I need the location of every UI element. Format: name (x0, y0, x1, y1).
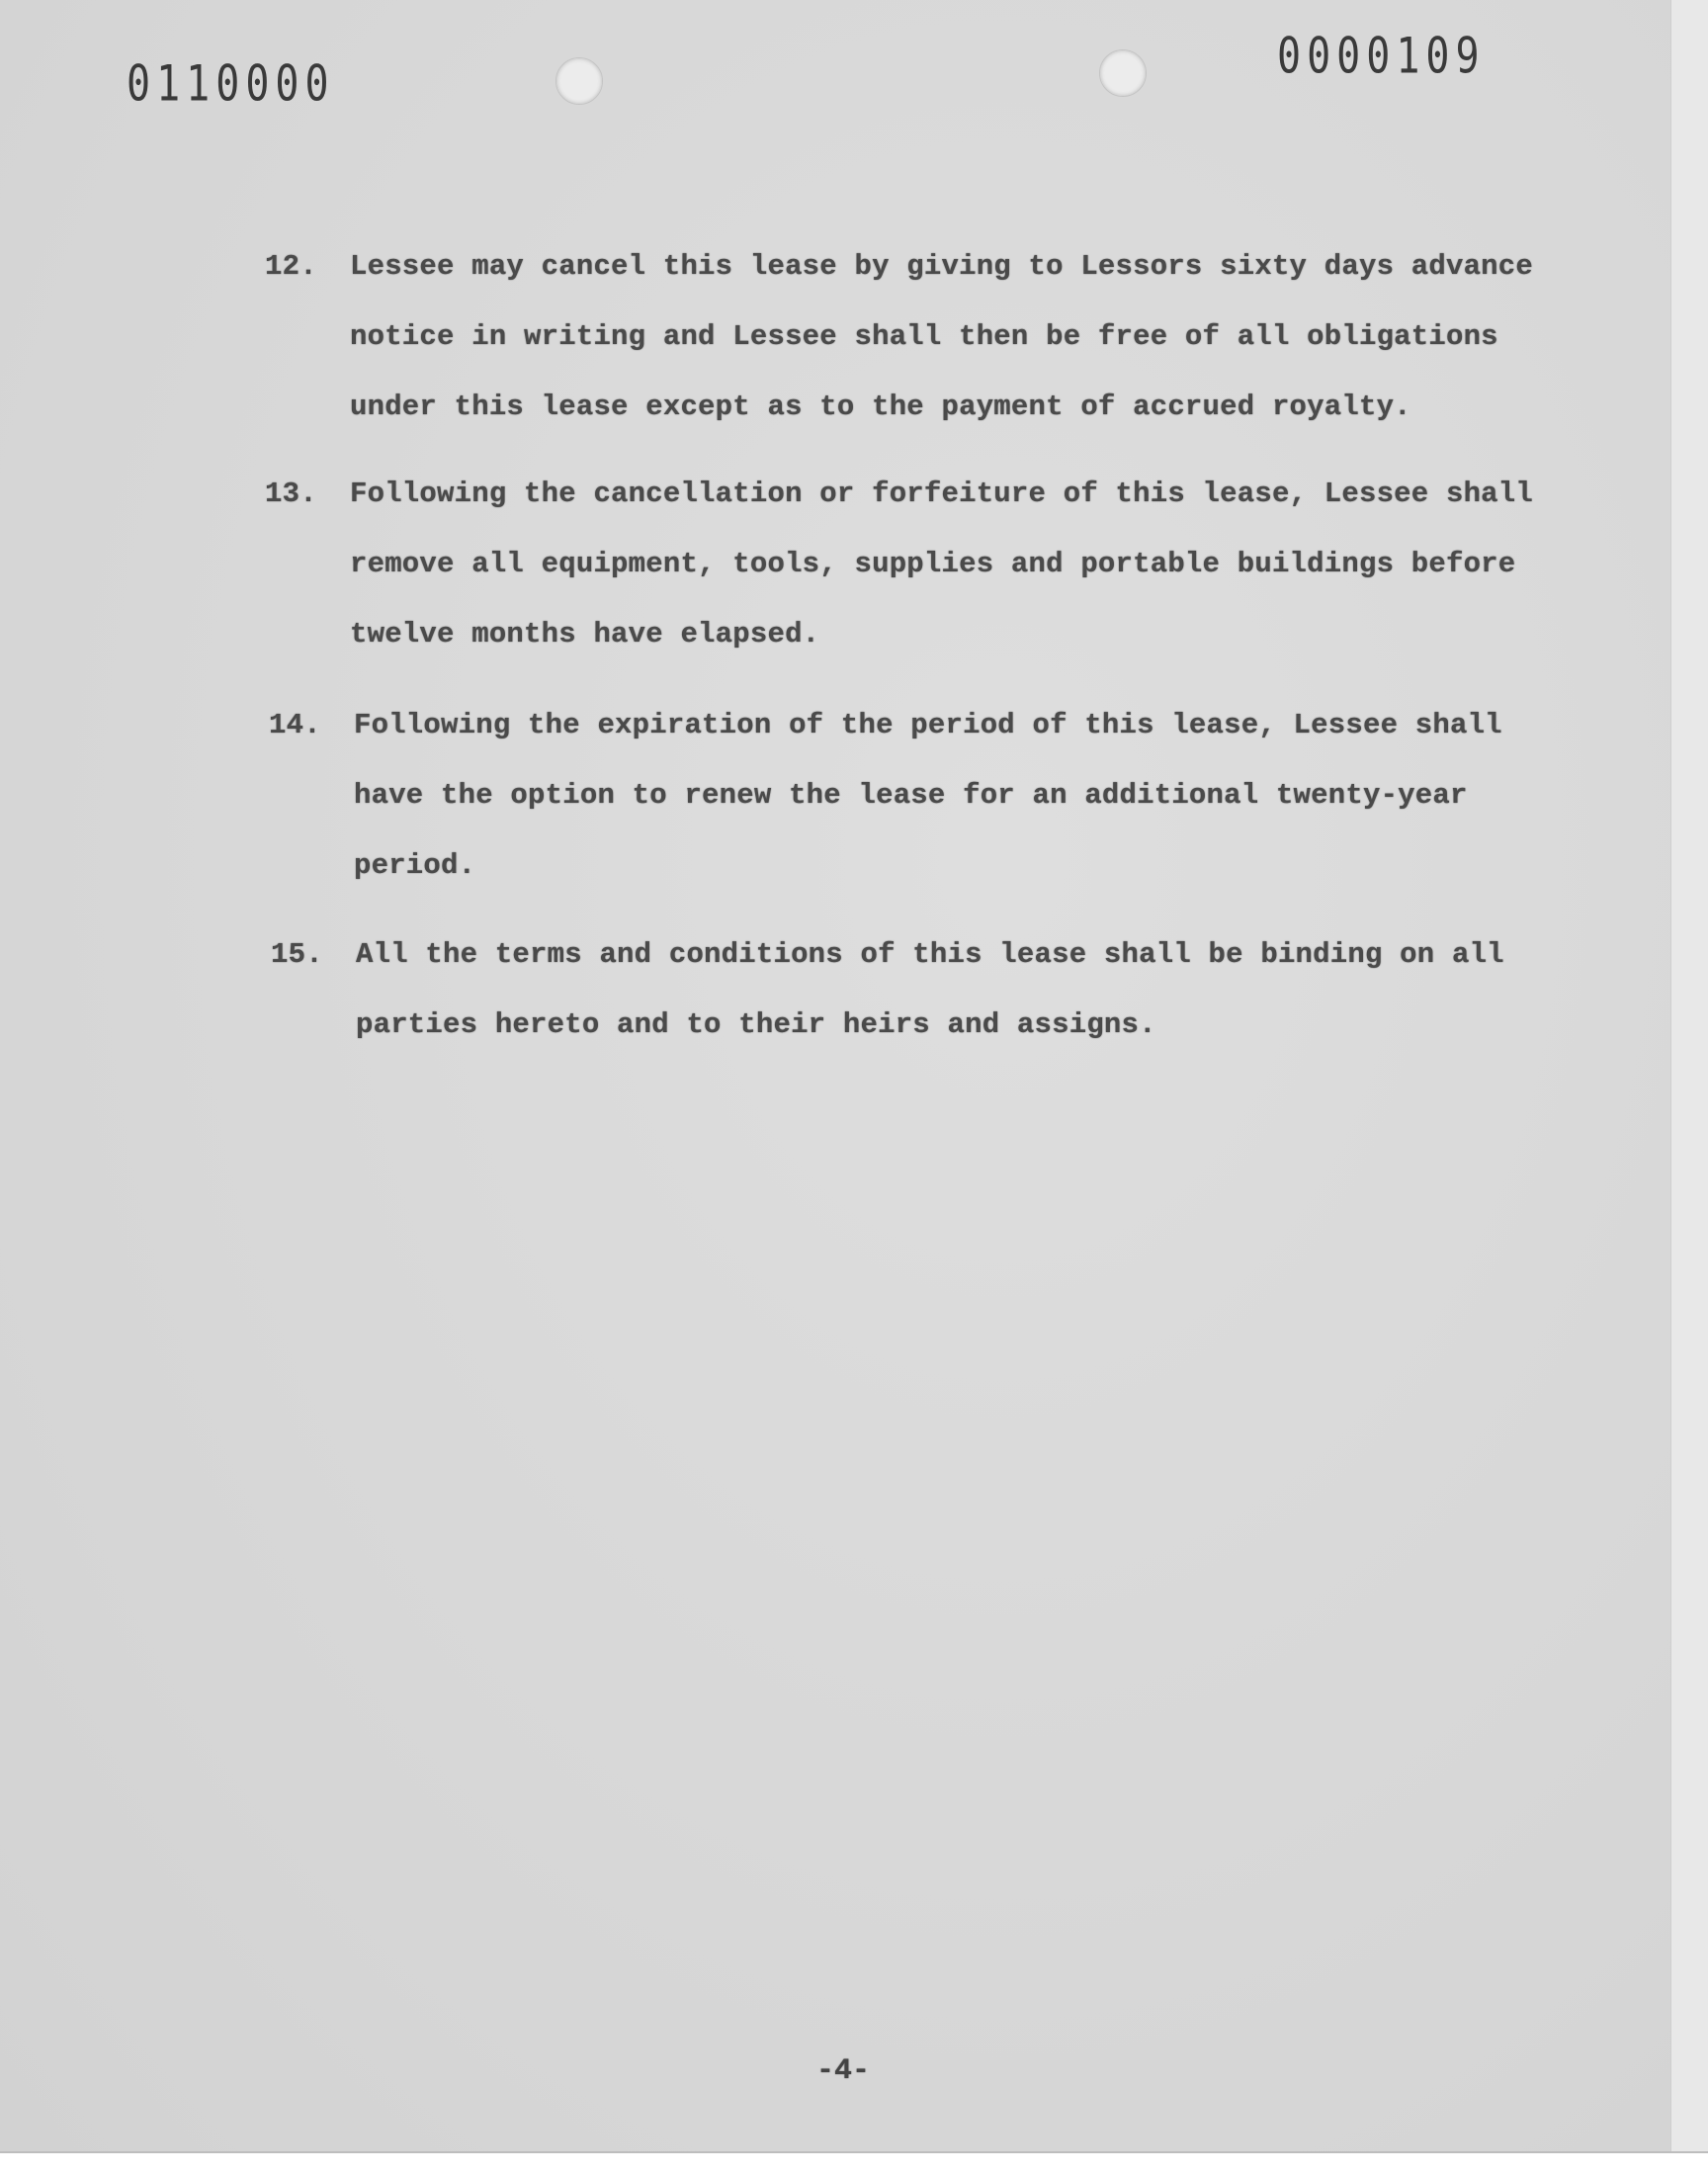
paragraph-line: Following the cancellation or forfeiture… (350, 459, 1533, 529)
paragraph-15: 15. All the terms and conditions of this… (271, 919, 1504, 1060)
paragraph-13: 13. Following the cancellation or forfei… (265, 459, 1533, 669)
paragraph-number: 15. (271, 919, 323, 990)
punch-hole-right (1099, 49, 1147, 97)
document-page: 0110000 0000109 12. Lessee may cancel th… (0, 0, 1670, 2151)
paragraph-14: 14. Following the expiration of the peri… (269, 690, 1502, 901)
stamp-number-right: 0000109 (1277, 28, 1486, 85)
paragraph-number: 14. (269, 690, 321, 760)
paragraph-line: Following the expiration of the period o… (354, 690, 1502, 760)
page-number: -4- (816, 2054, 870, 2088)
paragraph-line: All the terms and conditions of this lea… (356, 919, 1504, 990)
paragraph-line: remove all equipment, tools, supplies an… (350, 529, 1533, 599)
paragraph-number: 12. (265, 231, 317, 302)
punch-hole-left (555, 57, 603, 105)
stamp-number-left: 0110000 (127, 55, 335, 113)
paragraph-12: 12. Lessee may cancel this lease by givi… (265, 231, 1533, 442)
paragraph-line: under this lease except as to the paymen… (350, 372, 1533, 442)
paragraph-line: have the option to renew the lease for a… (354, 760, 1502, 830)
paragraph-line: parties hereto and to their heirs and as… (356, 990, 1504, 1060)
paragraph-line: Lessee may cancel this lease by giving t… (350, 231, 1533, 302)
paragraph-line: notice in writing and Lessee shall then … (350, 302, 1533, 372)
paragraph-line: period. (354, 830, 1502, 901)
paragraph-line: twelve months have elapsed. (350, 599, 1533, 669)
page-edge-strip (1670, 0, 1708, 2151)
paragraph-number: 13. (265, 459, 317, 529)
page-bottom-edge (0, 2151, 1708, 2153)
